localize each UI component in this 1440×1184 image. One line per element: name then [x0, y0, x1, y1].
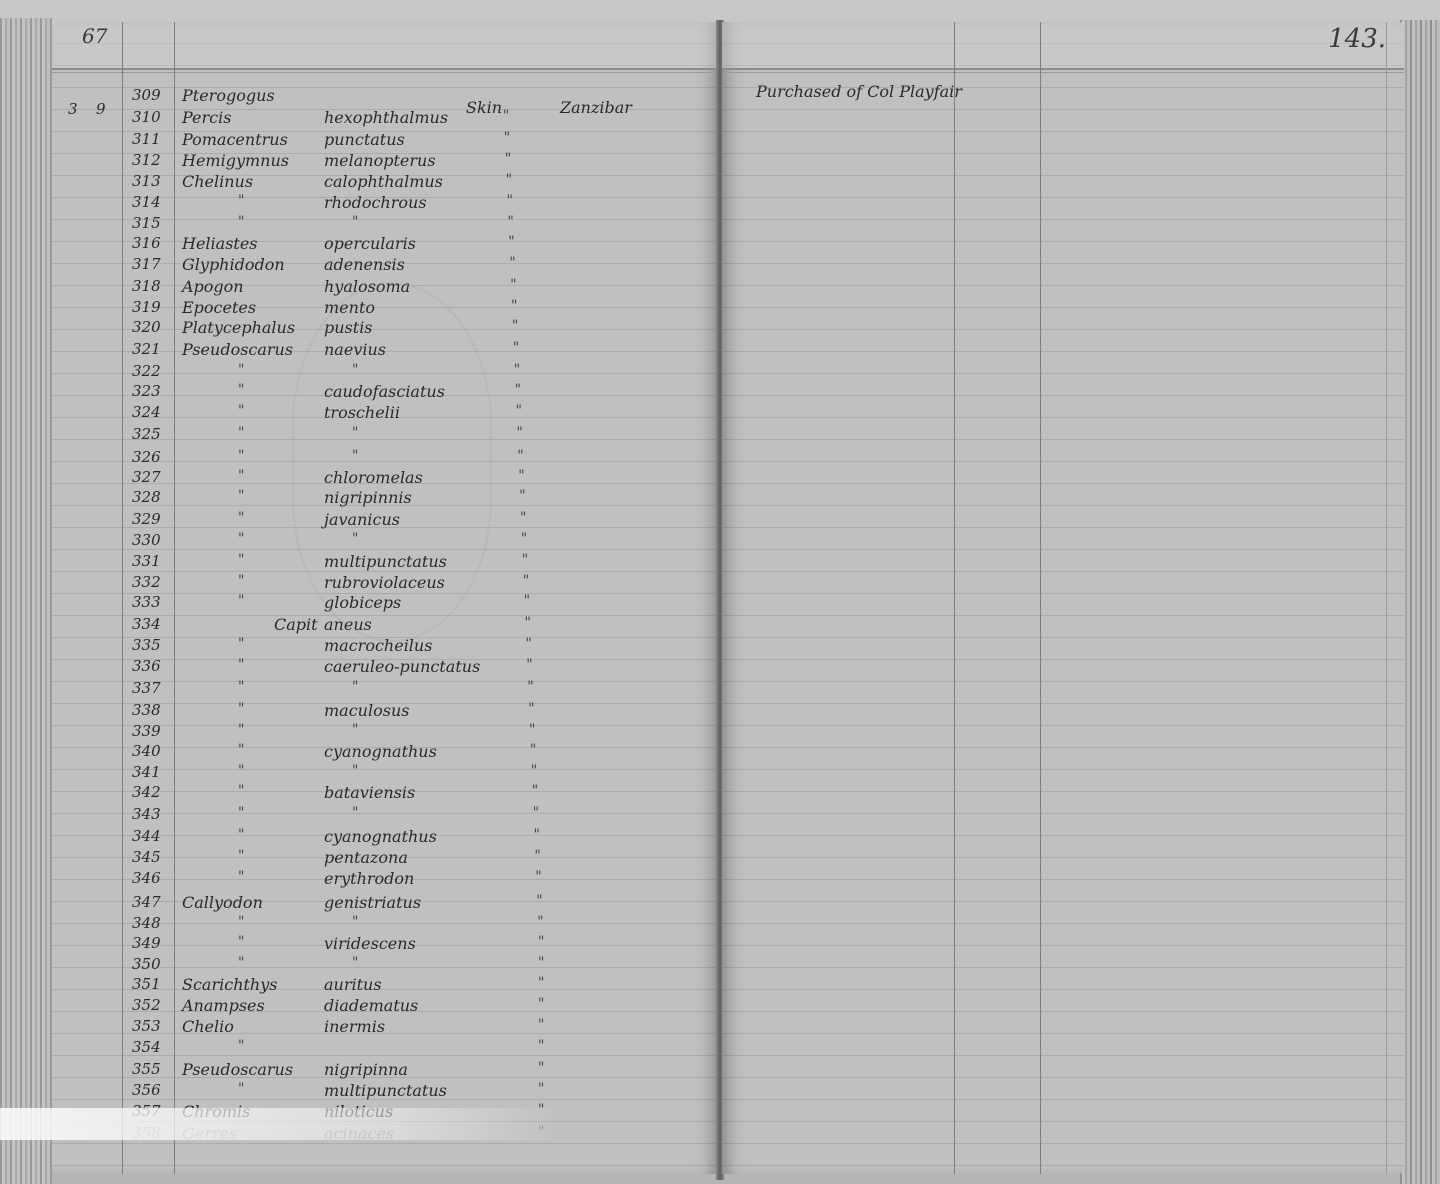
type-ditto-mark: " — [538, 955, 544, 971]
register-number: 356 — [132, 1081, 161, 1099]
species-name: cyanognathus — [324, 742, 437, 761]
register-number: 348 — [132, 914, 161, 932]
register-number: 351 — [132, 975, 161, 993]
register-number: 319 — [132, 298, 161, 316]
genus-ditto-mark: " — [238, 1038, 244, 1054]
type-ditto-mark: " — [524, 593, 530, 609]
type-ditto-mark: " — [534, 827, 540, 843]
species-name: multipunctatus — [324, 552, 447, 571]
genus-ditto-mark: " — [238, 1081, 244, 1097]
register-number: 347 — [132, 893, 161, 911]
register-number: 339 — [132, 722, 161, 740]
type-ditto-mark: " — [510, 277, 516, 293]
remarks-column-rule-2 — [1040, 22, 1041, 1174]
register-number: 341 — [132, 763, 161, 781]
type-ditto-mark: " — [511, 298, 517, 314]
species-name: pustis — [324, 318, 373, 337]
genus-ditto-mark: " — [238, 193, 244, 209]
register-number: 353 — [132, 1017, 161, 1035]
genus-name: Hemigymnus — [182, 151, 289, 170]
species-name: bataviensis — [324, 783, 415, 802]
register-number: 330 — [132, 531, 161, 549]
species-name: mento — [324, 298, 375, 317]
register-number: 322 — [132, 362, 161, 380]
register-number: 336 — [132, 657, 161, 675]
locality-column-header: Zanzibar — [560, 98, 632, 117]
type-ditto-mark: " — [517, 448, 523, 464]
genus-name: Scarichthys — [182, 975, 277, 994]
genus-name: Capit — [274, 615, 318, 634]
species-name: troschelii — [324, 403, 400, 422]
entry-month: 9 — [96, 100, 106, 118]
species-name: adenensis — [324, 255, 405, 274]
left-page-number: 67 — [82, 24, 107, 48]
number-column-rule — [174, 22, 175, 1174]
type-ditto-mark: " — [538, 1038, 544, 1054]
register-number: 329 — [132, 510, 161, 528]
species-name: multipunctatus — [324, 1081, 447, 1100]
type-ditto-mark: " — [523, 573, 529, 589]
type-ditto-mark: " — [538, 1081, 544, 1097]
genus-name: Heliastes — [182, 234, 258, 253]
genus-ditto-mark: " — [238, 869, 244, 885]
genus-name: Glyphidodon — [182, 255, 285, 274]
genus-ditto-mark: " — [238, 827, 244, 843]
type-ditto-mark: " — [526, 657, 532, 673]
type-ditto-mark: " — [513, 340, 519, 356]
type-column-header: Skin — [466, 98, 502, 117]
species-name: hyalosoma — [324, 277, 410, 296]
genus-ditto-mark: " — [238, 636, 244, 652]
register-number: 352 — [132, 996, 161, 1014]
type-ditto-mark: " — [525, 615, 531, 631]
species-name: pentazona — [324, 848, 408, 867]
register-number: 355 — [132, 1060, 161, 1078]
species-ditto-mark: " — [352, 362, 358, 378]
genus-ditto-mark: " — [238, 552, 244, 568]
genus-name: Anampses — [182, 996, 265, 1015]
genus-ditto-mark: " — [238, 362, 244, 378]
species-ditto-mark: " — [352, 448, 358, 464]
register-number: 337 — [132, 679, 161, 697]
species-ditto-mark: " — [352, 805, 358, 821]
species-name: macrocheilus — [324, 636, 432, 655]
register-number: 349 — [132, 934, 161, 952]
type-ditto-mark: " — [516, 403, 522, 419]
species-name: calophthalmus — [324, 172, 443, 191]
species-name: javanicus — [324, 510, 400, 529]
type-ditto-mark: " — [538, 996, 544, 1012]
type-ditto-mark: " — [512, 318, 518, 334]
register-number: 316 — [132, 234, 161, 252]
genus-name: Chelinus — [182, 172, 253, 191]
species-name: diadematus — [324, 996, 418, 1015]
register-number: 323 — [132, 382, 161, 400]
type-ditto-mark: " — [534, 848, 540, 864]
type-ditto-mark: " — [515, 382, 521, 398]
register-number: 346 — [132, 869, 161, 887]
type-ditto-mark: " — [507, 214, 513, 230]
right-margin-rule — [1386, 22, 1387, 1174]
species-name: naevius — [324, 340, 386, 359]
species-name: globiceps — [324, 593, 401, 612]
type-ditto-mark: " — [521, 531, 527, 547]
register-number: 309 — [132, 86, 161, 104]
type-ditto-mark: " — [533, 805, 539, 821]
genus-name: Chelio — [182, 1017, 234, 1036]
species-name: chloromelas — [324, 468, 423, 487]
genus-ditto-mark: " — [238, 573, 244, 589]
species-name: opercularis — [324, 234, 416, 253]
species-ditto-mark: " — [352, 914, 358, 930]
species-name: inermis — [324, 1017, 385, 1036]
type-ditto-mark: " — [535, 869, 541, 885]
species-name: aneus — [324, 615, 372, 634]
type-ditto-mark: " — [531, 763, 537, 779]
genus-ditto-mark: " — [238, 742, 244, 758]
type-ditto-mark: " — [537, 914, 543, 930]
species-name: caeruleo-punctatus — [324, 657, 480, 676]
genus-ditto-mark: " — [238, 805, 244, 821]
species-ditto-mark: " — [352, 679, 358, 695]
register-number: 311 — [132, 130, 161, 148]
type-ditto-mark: " — [522, 552, 528, 568]
right-page: 143. Purchased of Col Playfair — [722, 22, 1404, 1174]
type-ditto-mark: " — [530, 742, 536, 758]
genus-ditto-mark: " — [238, 531, 244, 547]
genus-name: Apogon — [182, 277, 244, 296]
type-ditto-mark: " — [504, 130, 510, 146]
register-number: 317 — [132, 255, 161, 273]
species-name: nigripinna — [324, 1060, 408, 1079]
species-name: caudofasciatus — [324, 382, 445, 401]
type-ditto-mark: " — [509, 255, 515, 271]
type-ditto-mark: " — [525, 636, 531, 652]
species-ditto-mark: " — [352, 531, 358, 547]
genus-name: Epocetes — [182, 298, 256, 317]
species-name: auritus — [324, 975, 382, 994]
species-name: maculosus — [324, 701, 409, 720]
date-column-rule — [122, 22, 123, 1174]
entry-day: 3 — [68, 100, 78, 118]
species-name: melanopterus — [324, 151, 436, 170]
type-ditto-mark: " — [538, 975, 544, 991]
genus-ditto-mark: " — [238, 955, 244, 971]
left-header-band — [52, 22, 718, 70]
register-number: 344 — [132, 827, 161, 845]
right-header-band — [722, 22, 1404, 70]
type-ditto-mark: " — [538, 934, 544, 950]
right-page-number: 143. — [1328, 24, 1386, 54]
type-ditto-mark: " — [508, 234, 514, 250]
species-ditto-mark: " — [352, 214, 358, 230]
ledger-book-spread: 67 3 9 Skin Zanzibar 309Pterogogus310Per… — [0, 0, 1440, 1184]
genus-ditto-mark: " — [238, 934, 244, 950]
genus-ditto-mark: " — [238, 914, 244, 930]
species-name: punctatus — [324, 130, 405, 149]
genus-ditto-mark: " — [238, 403, 244, 419]
register-number: 340 — [132, 742, 161, 760]
register-number: 334 — [132, 615, 161, 633]
genus-ditto-mark: " — [238, 448, 244, 464]
species-ditto-mark: " — [352, 955, 358, 971]
genus-ditto-mark: " — [238, 510, 244, 526]
genus-name: Pseudoscarus — [182, 340, 293, 359]
register-number: 354 — [132, 1038, 161, 1056]
type-ditto-mark: " — [514, 362, 520, 378]
remarks-text: Purchased of Col Playfair — [756, 82, 962, 101]
type-ditto-mark: " — [532, 783, 538, 799]
register-number: 326 — [132, 448, 161, 466]
genus-name: Pseudoscarus — [182, 1060, 293, 1079]
register-number: 314 — [132, 193, 161, 211]
type-ditto-mark: " — [518, 468, 524, 484]
register-number: 343 — [132, 805, 161, 823]
genus-ditto-mark: " — [238, 488, 244, 504]
genus-ditto-mark: " — [238, 468, 244, 484]
right-page-edges — [1400, 20, 1440, 1184]
register-number: 338 — [132, 701, 161, 719]
type-ditto-mark: " — [520, 510, 526, 526]
type-ditto-mark: " — [528, 701, 534, 717]
left-page-edges — [0, 18, 52, 1184]
genus-name: Callyodon — [182, 893, 263, 912]
species-name: cyanognathus — [324, 827, 437, 846]
type-ditto-mark: " — [519, 488, 525, 504]
register-number: 342 — [132, 783, 161, 801]
species-ditto-mark: " — [352, 722, 358, 738]
genus-name: Platycephalus — [182, 318, 295, 337]
genus-ditto-mark: " — [238, 722, 244, 738]
register-number: 315 — [132, 214, 161, 232]
type-ditto-mark: " — [505, 151, 511, 167]
type-ditto-mark: " — [527, 679, 533, 695]
register-number: 335 — [132, 636, 161, 654]
genus-ditto-mark: " — [238, 214, 244, 230]
genus-ditto-mark: " — [238, 783, 244, 799]
register-number: 328 — [132, 488, 161, 506]
genus-name: Pomacentrus — [182, 130, 288, 149]
type-ditto-mark: " — [538, 1017, 544, 1033]
type-ditto-mark: " — [506, 172, 512, 188]
species-ditto-mark: " — [352, 425, 358, 441]
type-ditto-mark: " — [516, 425, 522, 441]
type-ditto-mark: " — [536, 893, 542, 909]
species-name: genistriatus — [324, 893, 421, 912]
genus-ditto-mark: " — [238, 425, 244, 441]
left-page: 67 3 9 Skin Zanzibar 309Pterogogus310Per… — [52, 22, 718, 1174]
species-name: rhodochrous — [324, 193, 427, 212]
species-name: erythrodon — [324, 869, 414, 888]
genus-name: Percis — [182, 108, 231, 127]
light-glare — [0, 1108, 560, 1140]
register-number: 320 — [132, 318, 161, 336]
register-number: 318 — [132, 277, 161, 295]
species-name: nigripinnis — [324, 488, 412, 507]
genus-ditto-mark: " — [238, 679, 244, 695]
species-name: rubroviolaceus — [324, 573, 445, 592]
type-ditto-mark: " — [538, 1060, 544, 1076]
species-ditto-mark: " — [352, 763, 358, 779]
register-number: 350 — [132, 955, 161, 973]
type-ditto-mark: " — [503, 108, 509, 124]
remarks-column-rule-1 — [954, 22, 955, 1174]
genus-ditto-mark: " — [238, 382, 244, 398]
genus-ditto-mark: " — [238, 763, 244, 779]
species-name: hexophthalmus — [324, 108, 448, 127]
register-number: 327 — [132, 468, 161, 486]
register-number: 325 — [132, 425, 161, 443]
register-number: 312 — [132, 151, 161, 169]
register-number: 331 — [132, 552, 161, 570]
genus-ditto-mark: " — [238, 848, 244, 864]
genus-name: Pterogogus — [182, 86, 275, 105]
type-ditto-mark: " — [507, 193, 513, 209]
species-name: viridescens — [324, 934, 416, 953]
register-number: 332 — [132, 573, 161, 591]
type-ditto-mark: " — [529, 722, 535, 738]
genus-ditto-mark: " — [238, 657, 244, 673]
register-number: 333 — [132, 593, 161, 611]
register-number: 313 — [132, 172, 161, 190]
register-number: 310 — [132, 108, 161, 126]
genus-ditto-mark: " — [238, 593, 244, 609]
register-number: 321 — [132, 340, 161, 358]
genus-ditto-mark: " — [238, 701, 244, 717]
register-number: 345 — [132, 848, 161, 866]
register-number: 324 — [132, 403, 161, 421]
